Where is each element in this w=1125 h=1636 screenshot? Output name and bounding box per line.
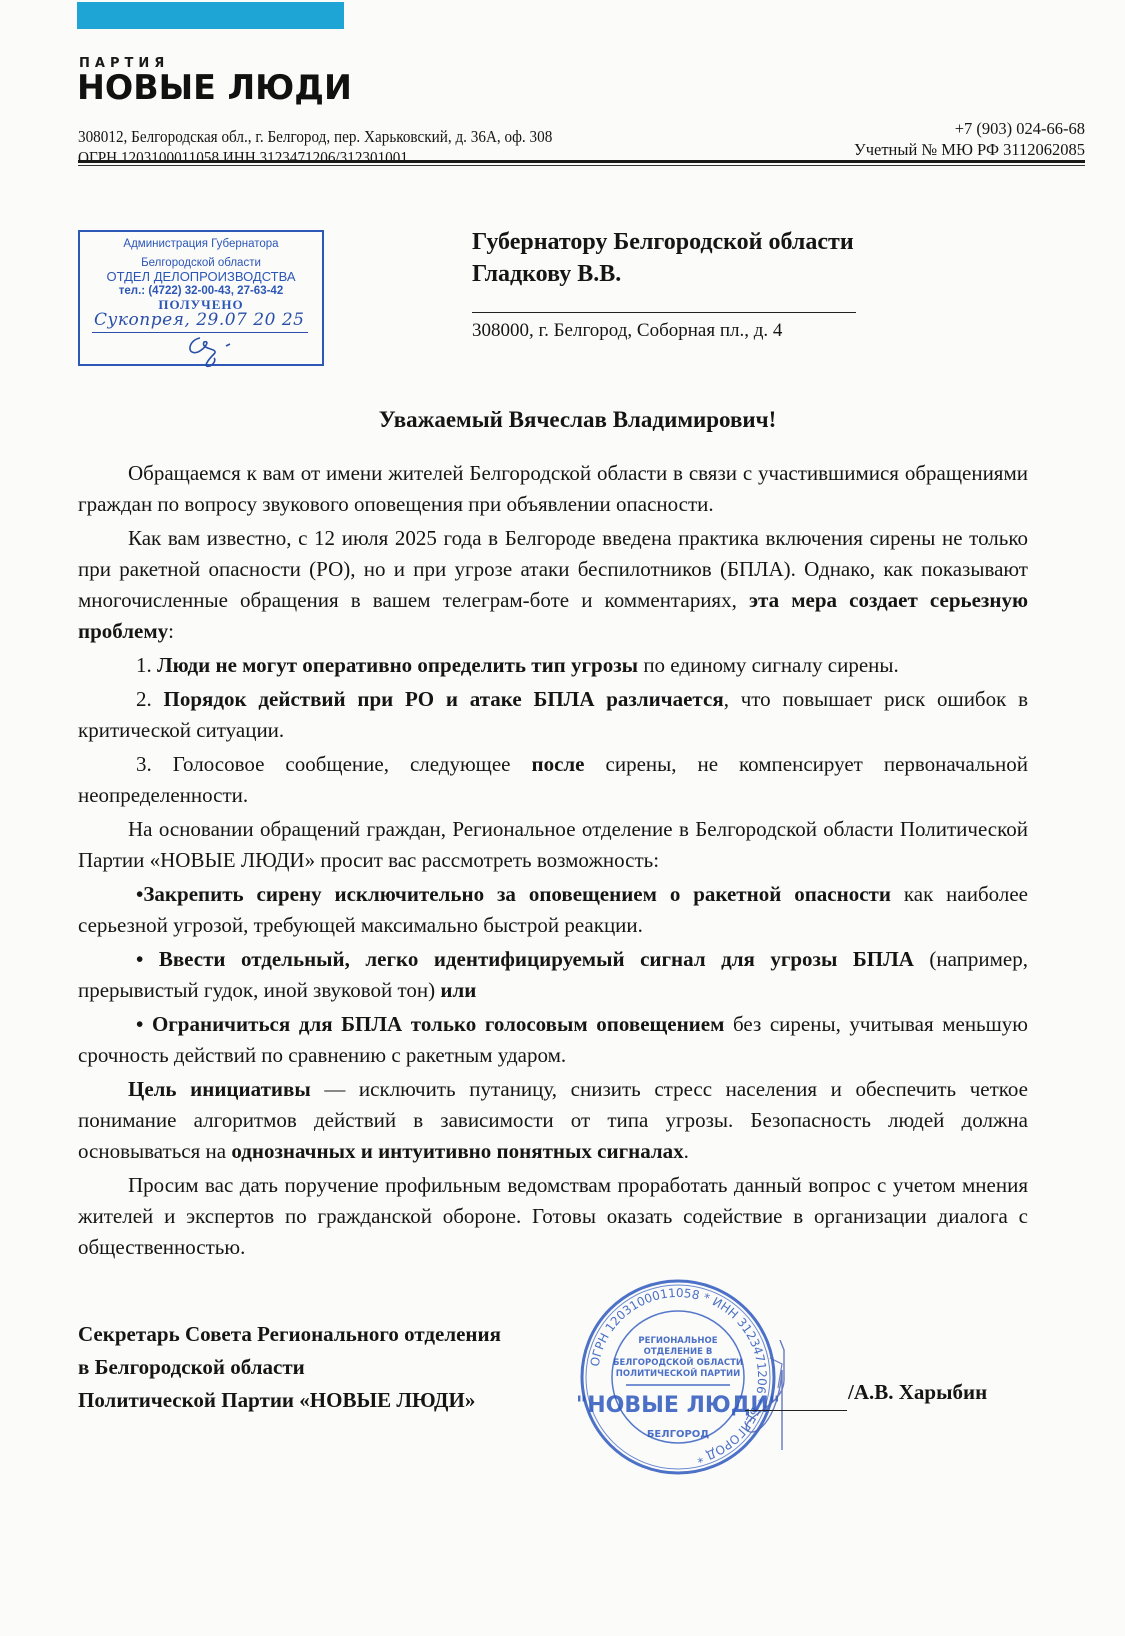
- stamp-line-3: ОТДЕЛ ДЕЛОПРОИЗВОДСТВА: [80, 270, 322, 284]
- stamp-initials-icon: [180, 330, 240, 370]
- signer-position-1: Секретарь Совета Регионального отделения: [78, 1318, 501, 1351]
- party-address: 308012, Белгородская обл., г. Белгород, …: [78, 126, 552, 147]
- paragraph-intro: Обращаемся к вам от имени жителей Белгор…: [78, 458, 1028, 520]
- paragraph-context: Как вам известно, с 12 июля 2025 года в …: [78, 523, 1028, 647]
- addressee-name: Гладкову В.В.: [472, 258, 854, 290]
- svg-text:БЕЛГОРОД: БЕЛГОРОД: [647, 1429, 709, 1440]
- svg-text:ПОЛИТИЧЕСКОЙ ПАРТИИ: ПОЛИТИЧЕСКОЙ ПАРТИИ: [616, 1367, 741, 1379]
- received-stamp: Администрация Губернатора Белгородской о…: [78, 230, 324, 366]
- salutation: Уважаемый Вячеслав Владимирович!: [0, 407, 1125, 433]
- letterhead-right: +7 (903) 024-66-68 Учетный № МЮ РФ 31120…: [854, 118, 1085, 160]
- paragraph-goal: Цель инициативы — исключить путаницу, сн…: [78, 1074, 1028, 1167]
- paragraph-request: На основании обращений граждан, Регионал…: [78, 814, 1028, 876]
- addressee-block: Губернатору Белгородской области Гладков…: [472, 226, 854, 290]
- bullet-item-2: • Ввести отдельный, легко идентифицируем…: [78, 944, 1028, 1006]
- list-item-1: 1. Люди не могут оперативно определить т…: [78, 650, 1028, 681]
- list-item-2: 2. Порядок действий при РО и атаке БПЛА …: [78, 684, 1028, 746]
- bullet-item-1: •Закрепить сирену исключительно за опове…: [78, 879, 1028, 941]
- addressee-title: Губернатору Белгородской области: [472, 226, 854, 258]
- signature-block: Секретарь Совета Регионального отделения…: [78, 1318, 501, 1417]
- addressee-address: 308000, г. Белгород, Соборная пл., д. 4: [472, 320, 782, 342]
- stamp-line-1: Администрация Губернатора: [80, 238, 322, 251]
- logo-party-name: НОВЫЕ ЛЮДИ: [77, 68, 352, 108]
- paragraph-closing: Просим вас дать поручение профильным вед…: [78, 1170, 1028, 1263]
- letterhead-divider: [78, 160, 1085, 163]
- svg-text:ОТДЕЛЕНИЕ В: ОТДЕЛЕНИЕ В: [644, 1347, 713, 1357]
- letterhead-divider-thin: [78, 165, 1085, 166]
- svg-text:РЕГИОНАЛЬНОЕ: РЕГИОНАЛЬНОЕ: [638, 1336, 717, 1346]
- letter-body: Обращаемся к вам от имени жителей Белгор…: [78, 458, 1028, 1266]
- stamp-line-4: тел.: (4722) 32-00-43, 27-63-42: [80, 284, 322, 298]
- handwritten-signature-icon: [740, 1340, 810, 1450]
- stamp-handwritten-date: Сукопрея, 29.07 20 25: [94, 310, 304, 330]
- brand-accent-bar: [77, 2, 344, 29]
- signer-position-3: Политической Партии «НОВЫЕ ЛЮДИ»: [78, 1384, 501, 1417]
- signer-position-2: в Белгородской области: [78, 1351, 501, 1384]
- bullet-item-3: • Ограничиться для БПЛА только голосовым…: [78, 1009, 1028, 1071]
- addressee-divider: [472, 312, 856, 313]
- signer-name: /А.В. Харыбин: [848, 1380, 987, 1405]
- list-item-3: 3. Голосовое сообщение, следующее после …: [78, 749, 1028, 811]
- party-phone: +7 (903) 024-66-68: [854, 118, 1085, 139]
- svg-text:БЕЛГОРОДСКОЙ ОБЛАСТИ: БЕЛГОРОДСКОЙ ОБЛАСТИ: [613, 1356, 743, 1368]
- party-registry-number: Учетный № МЮ РФ 3112062085: [854, 139, 1085, 160]
- signature-line: [745, 1410, 847, 1411]
